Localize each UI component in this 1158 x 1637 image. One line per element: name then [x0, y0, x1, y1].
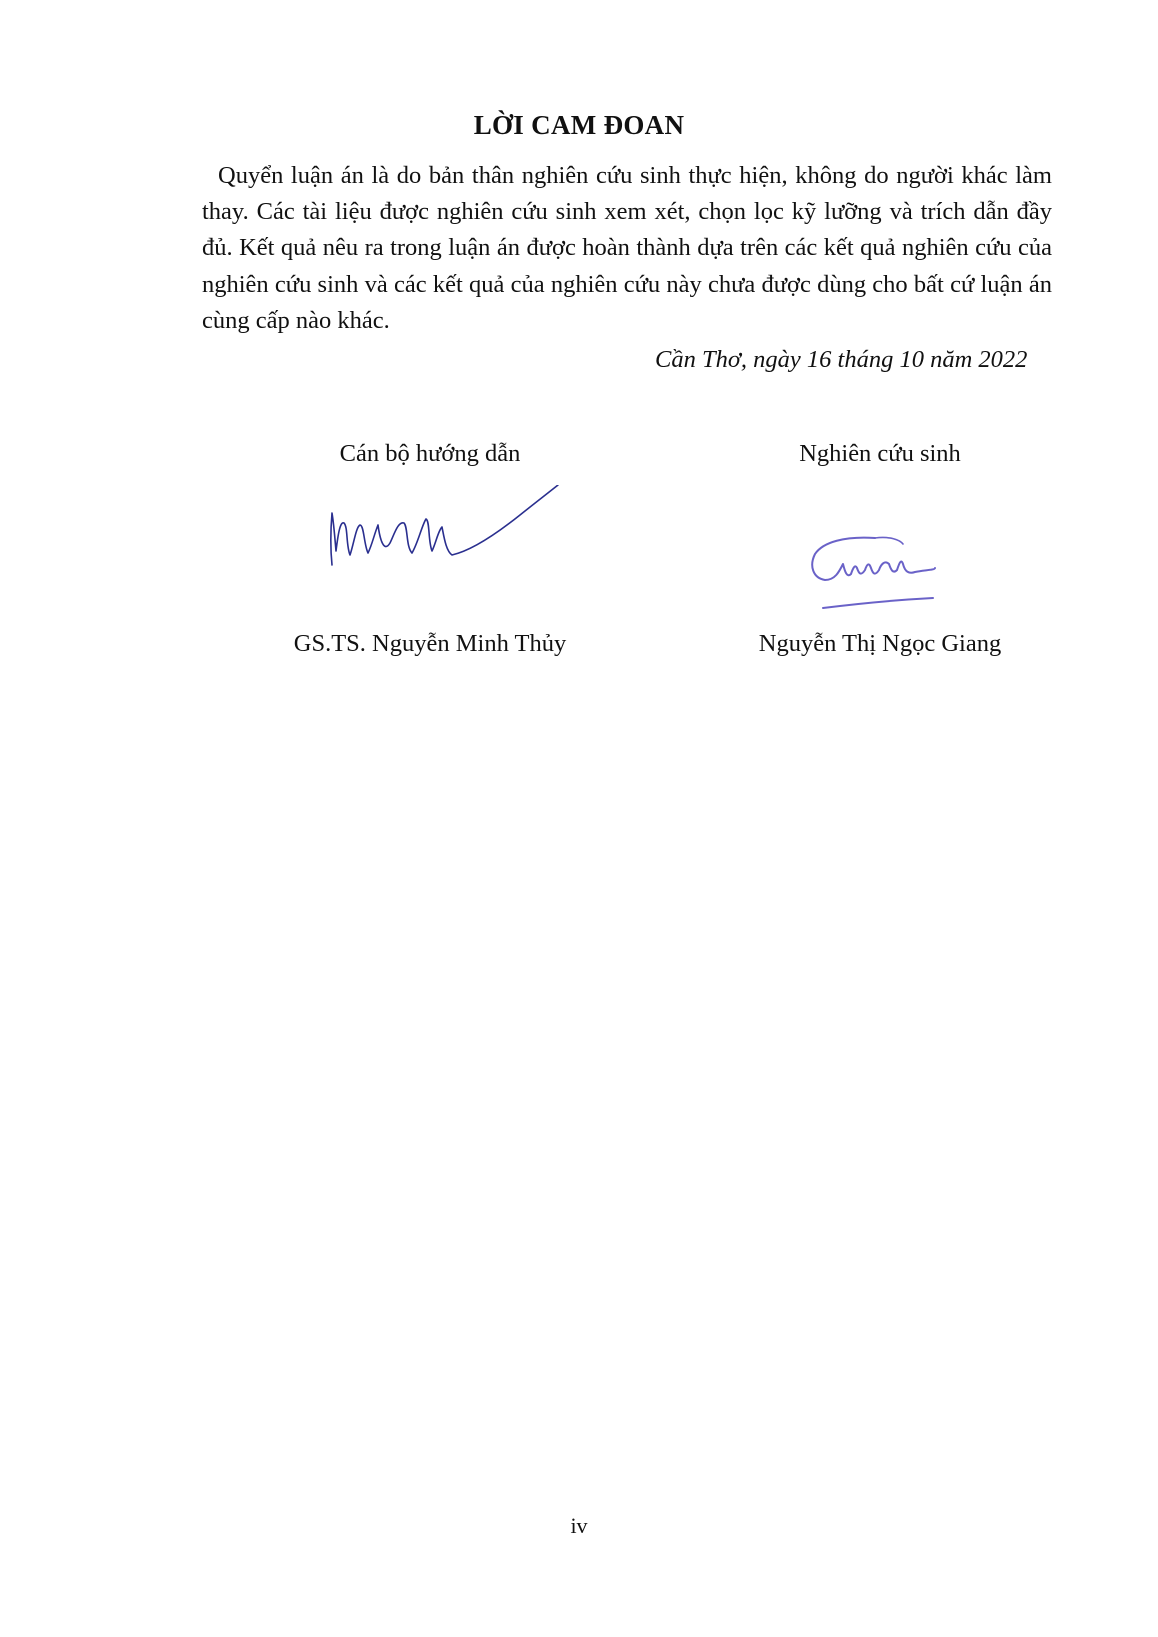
signatory-role: Nghiên cứu sinh	[730, 440, 1030, 468]
declaration-paragraph: Quyển luận án là do bản thân nghiên cứu …	[202, 158, 1052, 339]
page-title: LỜI CAM ĐOAN	[0, 110, 1158, 141]
supervisor-signature-icon	[320, 485, 570, 575]
declaration-body: Quyển luận án là do bản thân nghiên cứu …	[202, 158, 1052, 339]
page-number: iv	[0, 1513, 1158, 1539]
candidate-signature-icon	[805, 530, 975, 615]
date-line: Cần Thơ, ngày 16 tháng 10 năm 2022	[655, 346, 1027, 374]
signatory-name: Nguyễn Thị Ngọc Giang	[730, 630, 1030, 658]
signatory-role: Cán bộ hướng dẫn	[280, 440, 580, 468]
signatory-name: GS.TS. Nguyễn Minh Thủy	[280, 630, 580, 658]
